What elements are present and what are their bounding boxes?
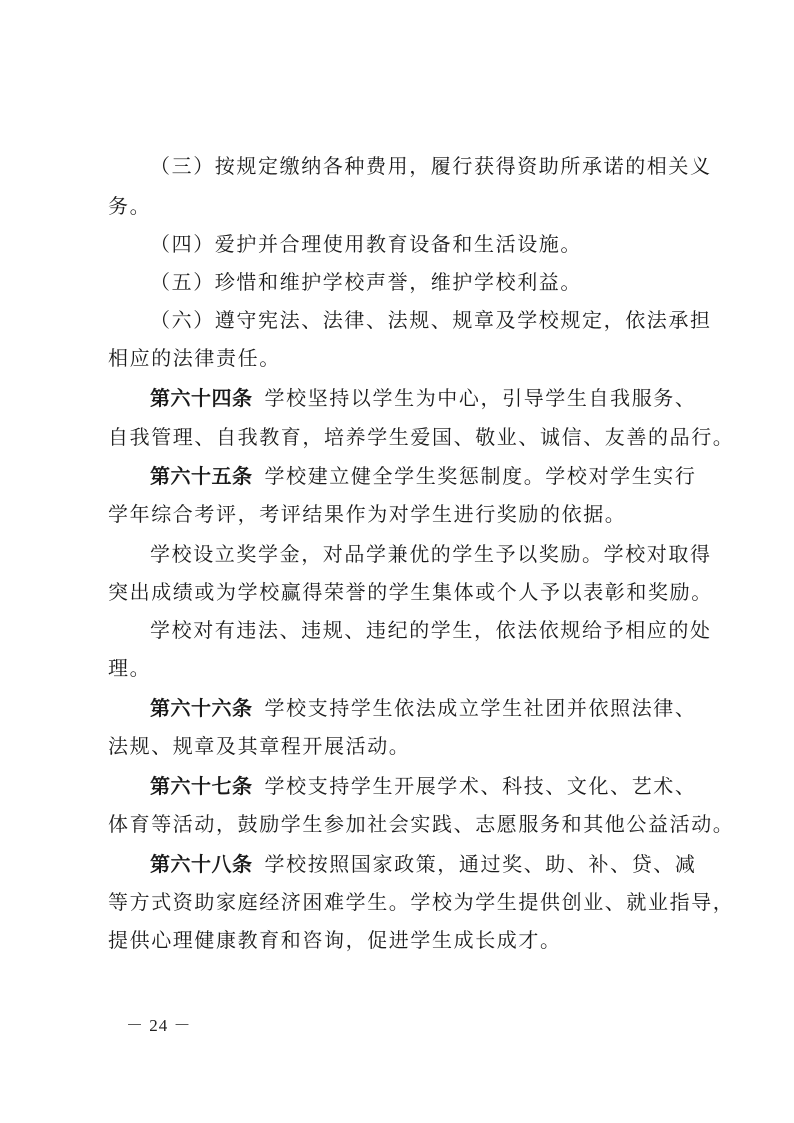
article-heading: 第六十四条	[150, 384, 253, 412]
paragraph-line: 突出成绩或为学校赢得荣誉的学生集体或个人予以表彰和奖励。	[108, 578, 694, 606]
article-68-first-line: 第六十八条 学校按照国家政策，通过奖、助、补、贷、减	[150, 850, 694, 878]
paragraph-line: 学校设立奖学金，对品学兼优的学生予以奖励。学校对取得	[150, 540, 694, 568]
paragraph-line: 相应的法律责任。	[108, 344, 694, 372]
article-64-first-line: 第六十四条 学校坚持以学生为中心，引导学生自我服务、	[150, 384, 694, 412]
paragraph-line: 学校支持学生依法成立学生社团并依照法律、	[265, 694, 697, 722]
article-heading: 第六十八条	[150, 850, 253, 878]
paragraph-line: 学校支持学生开展学术、科技、文化、艺术、	[265, 772, 697, 800]
paragraph-line: 法规、规章及其章程开展活动。	[108, 732, 694, 760]
paragraph-line: 提供心理健康教育和咨询，促进学生成长成才。	[108, 926, 694, 954]
paragraph-line: 学校按照国家政策，通过奖、助、补、贷、减	[265, 850, 697, 878]
page-number: － 24 －	[126, 1014, 192, 1038]
article-67-first-line: 第六十七条 学校支持学生开展学术、科技、文化、艺术、	[150, 772, 694, 800]
document-page: （三）按规定缴纳各种费用，履行获得资助所承诺的相关义 务。 （四）爱护并合理使用…	[0, 0, 794, 1123]
paragraph-line: 自我管理、自我教育，培养学生爱国、敬业、诚信、友善的品行。	[108, 423, 694, 451]
paragraph-line: 学校坚持以学生为中心，引导学生自我服务、	[265, 384, 697, 412]
paragraph-line: 等方式资助家庭经济困难学生。学校为学生提供创业、就业指导，	[108, 888, 694, 916]
paragraph-line: （四）爱护并合理使用教育设备和生活设施。	[150, 230, 694, 258]
paragraph-line: 理。	[108, 654, 694, 682]
article-65-first-line: 第六十五条 学校建立健全学生奖惩制度。学校对学生实行	[150, 462, 694, 490]
article-heading: 第六十六条	[150, 694, 253, 722]
article-heading: 第六十七条	[150, 772, 253, 800]
paragraph-line: 学校对有违法、违规、违纪的学生，依法依规给予相应的处	[150, 616, 694, 644]
paragraph-line: 学校建立健全学生奖惩制度。学校对学生实行	[265, 462, 697, 490]
paragraph-line: （五）珍惜和维护学校声誉，维护学校利益。	[150, 268, 694, 296]
article-heading: 第六十五条	[150, 462, 253, 490]
paragraph-line: 学年综合考评，考评结果作为对学生进行奖励的依据。	[108, 500, 694, 528]
paragraph-line: （六）遵守宪法、法律、法规、规章及学校规定，依法承担	[150, 306, 694, 334]
paragraph-line: 体育等活动，鼓励学生参加社会实践、志愿服务和其他公益活动。	[108, 810, 694, 838]
article-66-first-line: 第六十六条 学校支持学生依法成立学生社团并依照法律、	[150, 694, 694, 722]
paragraph-line: （三）按规定缴纳各种费用，履行获得资助所承诺的相关义	[150, 152, 694, 180]
paragraph-line: 务。	[108, 192, 694, 220]
